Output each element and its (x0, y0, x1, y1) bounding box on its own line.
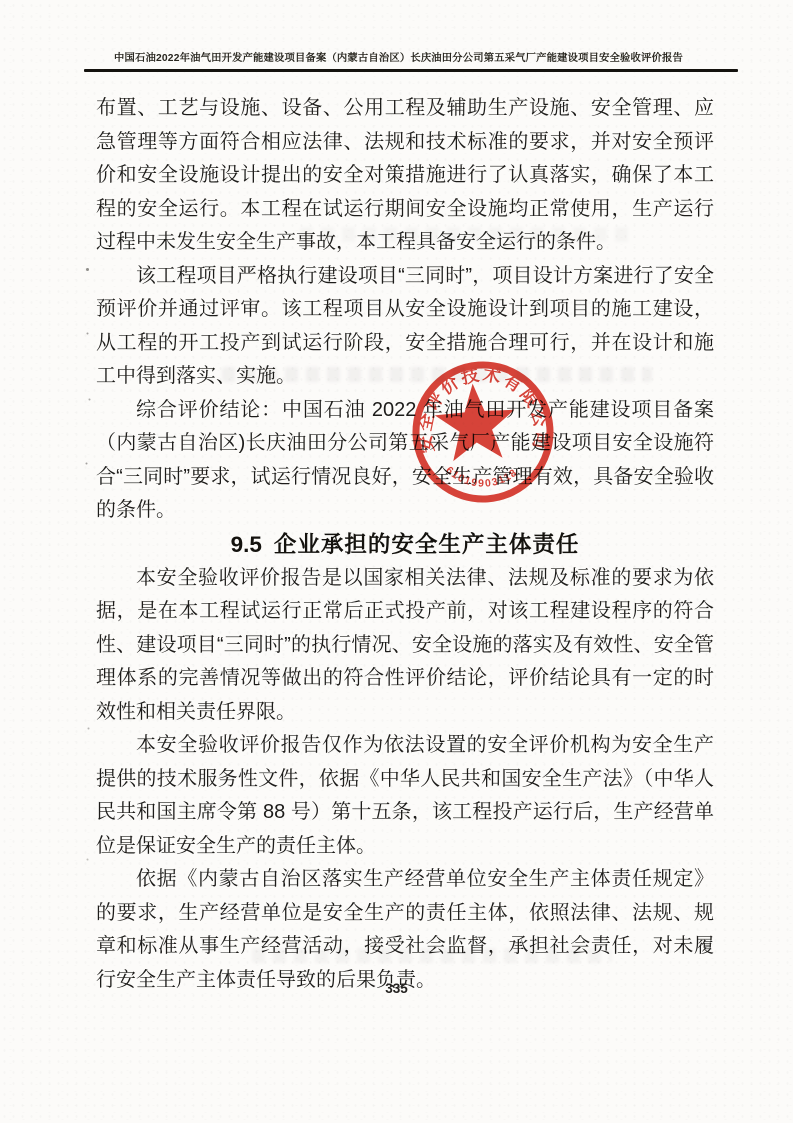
body-paragraph: 依据《内蒙古自治区落实生产经营单位安全生产主体责任规定》的要求，生产经营单位是安… (96, 863, 714, 997)
body-paragraph: 布置、工艺与设施、设备、公用工程及辅助生产设施、安全管理、应急管理等方面符合相应… (96, 92, 714, 260)
header-rule (84, 69, 738, 72)
body-paragraph: 本安全验收评价报告是以国家相关法律、法规及标准的要求为依据，是在本工程试运行正常… (96, 562, 714, 730)
section-heading-number: 9.5 (231, 532, 262, 557)
section-heading-title: 企业承担的安全生产主体责任 (274, 532, 580, 557)
body-paragraph: 该工程项目严格执行建设项目“三同时”，项目设计方案进行了安全预评价并通过评审。该… (96, 260, 714, 394)
running-header-title: 中国石油2022年油气田开发产能建设项目备案（内蒙古自治区）长庆油田分公司第五采… (57, 50, 740, 65)
scan-speck-artifacts (86, 268, 89, 271)
body-paragraph: 本安全验收评价报告仅作为依法设置的安全评价机构为安全生产提供的技术服务性文件，依… (96, 729, 714, 863)
page-body: 布置、工艺与设施、设备、公用工程及辅助生产设施、安全管理、应急管理等方面符合相应… (96, 92, 714, 997)
body-paragraph-conclusion: 综合评价结论：中国石油 2022 年油气田开发产能建设项目备案（内蒙古自治区)长… (96, 394, 714, 528)
report-page: 中国石油2022年油气田开发产能建设项目备案（内蒙古自治区）长庆油田分公司第五采… (0, 0, 793, 1123)
section-heading: 9.5企业承担的安全生产主体责任 (96, 528, 714, 562)
page-number: 335 (0, 981, 793, 996)
